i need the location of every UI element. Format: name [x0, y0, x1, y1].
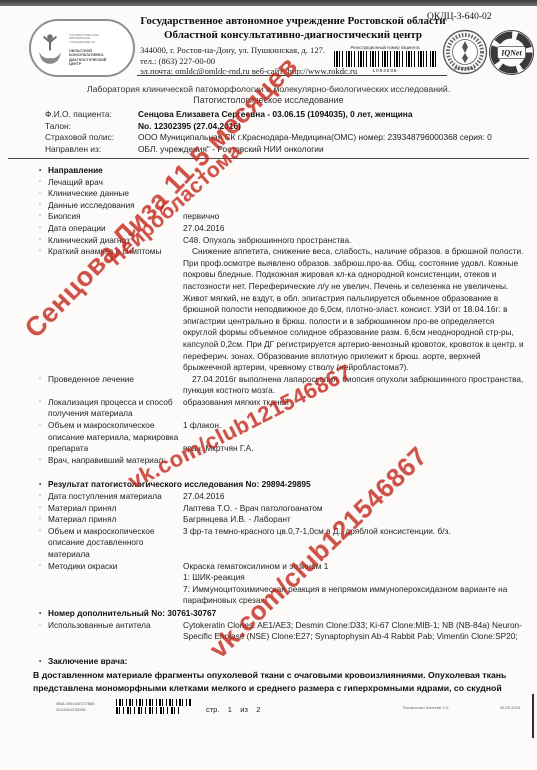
clinic-logo: ГОСУДАРСТВЕННОЕ АВТОНОМНОЕ УЧРЕЖДЕНИЕ РО… — [29, 19, 135, 77]
field-label-text: Методики окраски — [48, 561, 117, 571]
bullet-icon: ◦ — [39, 246, 41, 258]
section-heading: •Направление — [8, 165, 529, 177]
field-row: ◦Дата поступления материала27.04.2016 — [8, 491, 529, 503]
sections: •Направление◦Лечащий врач◦Клинические да… — [8, 164, 529, 694]
field-label: ◦Дата операции — [8, 223, 183, 235]
hands-holding-child-icon — [31, 28, 69, 68]
patient-row: Ф.И.О. пациента:Сенцова Елизавета Сергее… — [8, 109, 529, 121]
section-gap — [8, 643, 529, 655]
bullet-icon: • — [39, 656, 41, 668]
section-heading: •Заключение врача: — [8, 656, 529, 668]
field-label: ◦Данные исследования — [8, 200, 183, 212]
field-label-text: Дата поступления материала — [48, 491, 162, 501]
field-value: 27.04.2016г выполнена лапароскопия, биоп… — [183, 374, 529, 397]
field-label-text: Объем и макроскопическое описание матери… — [48, 420, 178, 453]
bullet-icon: • — [39, 608, 41, 620]
footer-barcode-bottom — [116, 707, 182, 714]
field-value: ООО Муниципальная СК г.Краснодара-Медици… — [138, 132, 529, 144]
field-label: ◦Биопсия — [8, 211, 183, 223]
page-number: стр. 1 из 2 — [206, 705, 260, 714]
bullet-icon: ◦ — [39, 620, 41, 632]
iqnet-stamp: IQNet — [488, 29, 535, 81]
field-label: ◦Материал принял — [8, 514, 183, 526]
logo-center-name: ОБЛАСТНОЙ КОНСУЛЬТАТИВНО- ДИАГНОСТИЧЕСКИ… — [69, 49, 106, 67]
field-row: ◦Лечащий врач — [8, 177, 529, 189]
patient-block: Ф.И.О. пациента:Сенцова Елизавета Сергее… — [8, 109, 529, 155]
field-label-text: Клинические данные — [48, 188, 129, 198]
page-footer: ЗМА.000194/727/666 202434/4726291 стр. 1… — [8, 699, 529, 721]
print-date: 06.05.2016 — [500, 705, 520, 710]
registration-number-label: Регистрационный номер пациента — [334, 45, 436, 50]
header-divider — [137, 75, 447, 76]
bullet-icon: ◦ — [39, 235, 41, 247]
registration-number: 1094035 — [334, 68, 436, 73]
field-value: 27.04.2016 — [183, 223, 529, 235]
field-label-text: Лечащий врач — [48, 177, 103, 187]
field-row: ◦Врач, направивший материал: — [8, 455, 529, 467]
iso-stamp-label: ИСО 9001 — [454, 66, 476, 71]
bullet-icon: ◦ — [39, 188, 41, 200]
section-heading-label: Заключение врача: — [48, 656, 127, 666]
field-label-text: Биопсия — [48, 211, 80, 221]
patient-row: Талон:No. 12302395 (27.04.2016) — [8, 121, 529, 133]
document-page: ГОСУДАРСТВЕННОЕ АВТОНОМНОЕ УЧРЕЖДЕНИЕ РО… — [0, 0, 537, 770]
field-row: ◦Дата операции27.04.2016 — [8, 223, 529, 235]
field-label: Ф.И.О. пациента: — [8, 109, 138, 121]
field-row: ◦Методики окраскиОкраска гематоксилином … — [8, 561, 529, 607]
footer-code-1: ЗМА.000194/727/666 — [56, 701, 94, 707]
conclusion-text: В доставленном материале фрагменты опухо… — [8, 669, 529, 694]
section-heading-label: Номер дополнительный No: 30761-30767 — [48, 608, 216, 618]
logo-small-caption: ГОСУДАРСТВЕННОЕ АВТОНОМНОЕ УЧРЕЖДЕНИЕ РО — [69, 34, 106, 45]
org-title-line2: Областной консультативно-диагностический… — [140, 29, 446, 43]
scan-top-edge — [0, 0, 537, 6]
field-row: ◦Клинические данные — [8, 188, 529, 200]
field-value: первично — [183, 211, 529, 223]
iso-9001-stamp: ИСО 9001 — [442, 27, 488, 82]
field-label-text: Дата операции — [48, 223, 106, 233]
field-row: ◦Использованные антителаCytokeratin Clon… — [8, 620, 529, 643]
iqnet-stamp-label: IQNet — [500, 49, 522, 58]
field-label: ◦Объем и макроскопическое описание доста… — [8, 526, 183, 561]
field-label-text: Клинический диагноз — [48, 235, 130, 245]
field-row: ◦Объем и макроскопическое описание доста… — [8, 526, 529, 561]
bullet-icon: ◦ — [39, 561, 41, 573]
footer-barcode-top — [116, 699, 192, 706]
field-value: 3 фр-та темно-красного цв.0,7-1,0см в Д.… — [183, 526, 529, 561]
field-label: ◦Клинический диагноз — [8, 235, 183, 247]
field-label-text: Краткий анамнез и симптомы — [48, 246, 161, 256]
field-row: ◦Проведенное лечение27.04.2016г выполнен… — [8, 374, 529, 397]
field-label: ◦Клинические данные — [8, 188, 183, 200]
registration-barcode-block: Регистрационный номер пациента 1094035 — [334, 45, 436, 73]
bullet-icon: ◦ — [39, 514, 41, 526]
patient-row: Направлен из:ОБЛ. учреждения" - Ростовск… — [8, 144, 529, 156]
field-value: образования мягких тканей — [183, 397, 529, 420]
org-title-line1: Государственное автономное учреждение Ро… — [140, 15, 446, 29]
section-heading-label: Направление — [48, 165, 103, 175]
patient-barcode — [334, 51, 436, 67]
field-label: Талон: — [8, 121, 138, 133]
field-value: 1 флакон. врач: Мкртчян Г.А. — [183, 420, 529, 455]
field-value: ОБЛ. учреждения" - Ростовский НИИ онколо… — [138, 144, 529, 156]
footer-code-2: 202434/4726291 — [56, 707, 94, 713]
bullet-icon: • — [39, 479, 41, 491]
bullet-icon: ◦ — [39, 200, 41, 212]
field-value: Окраска гематоксилином и эозином 1 1: ШИ… — [183, 561, 529, 607]
field-value: Снижение аппетита, снижение веса, слабос… — [183, 246, 529, 374]
field-value: Сенцова Елизавета Сергеевна - 03.06.15 (… — [138, 109, 529, 121]
bullet-icon: ◦ — [39, 223, 41, 235]
section-gap — [8, 466, 529, 478]
laboratory-name: Лаборатория клинической патоморфологии и… — [0, 84, 537, 94]
field-value — [183, 177, 529, 189]
printed-by: Распечатал Лаптева Т.О. — [403, 705, 449, 710]
field-label: ◦Проведенное лечение — [8, 374, 183, 397]
footer-codes: ЗМА.000194/727/666 202434/4726291 — [56, 701, 94, 712]
section-divider — [8, 158, 529, 159]
logo-text: ГОСУДАРСТВЕННОЕ АВТОНОМНОЕ УЧРЕЖДЕНИЕ РО… — [69, 29, 111, 67]
field-label: ◦Объем и макроскопическое описание матер… — [8, 420, 183, 455]
bullet-icon: ◦ — [39, 503, 41, 515]
field-value — [183, 188, 529, 200]
field-value: Cytokeratin Clones: AE1/AE3; Desmin Clon… — [183, 620, 529, 643]
field-row: ◦Биопсияпервично — [8, 211, 529, 223]
field-label-text: Использованные антитела — [48, 620, 151, 630]
field-value: No. 12302395 (27.04.2016) — [138, 121, 529, 133]
field-label: Направлен из: — [8, 144, 138, 156]
bullet-icon: ◦ — [39, 374, 41, 386]
field-row: ◦Данные исследования — [8, 200, 529, 212]
bullet-icon: ◦ — [39, 526, 41, 538]
field-label-text: Врач, направивший материал: — [48, 455, 166, 465]
field-label-text: Локализация процесса и способ получения … — [48, 397, 173, 419]
field-row: ◦Материал принялЛаптева Т.О. - Врач пато… — [8, 503, 529, 515]
field-value — [183, 200, 529, 212]
scan-right-edge — [532, 694, 534, 738]
section-heading-label: Результат патогистологического исследова… — [48, 479, 311, 489]
section-heading: •Номер дополнительный No: 30761-30767 — [8, 608, 529, 620]
field-row: ◦Объем и макроскопическое описание матер… — [8, 420, 529, 455]
section-heading: •Результат патогистологического исследов… — [8, 479, 529, 491]
field-label: ◦Врач, направивший материал: — [8, 455, 183, 467]
patient-row: Страховой полис:ООО Муниципальная СК г.К… — [8, 132, 529, 144]
field-value: Лаптева Т.О. - Врач патологоанатом — [183, 503, 529, 515]
document-code: ОКДЦ-3-640-02 — [427, 12, 492, 22]
bullet-icon: ◦ — [39, 177, 41, 189]
field-value: 27.04.2016 — [183, 491, 529, 503]
field-value: C48. Опухоль забрюшинного пространства. — [183, 235, 529, 247]
field-label: ◦Краткий анамнез и симптомы — [8, 246, 183, 374]
bullet-icon: ◦ — [39, 397, 41, 409]
bullet-icon: ◦ — [39, 420, 41, 432]
bullet-icon: ◦ — [39, 491, 41, 503]
bullet-icon: • — [39, 165, 41, 177]
bullet-icon: ◦ — [39, 455, 41, 467]
field-row: ◦Локализация процесса и способ получения… — [8, 397, 529, 420]
field-label: ◦Использованные антитела — [8, 620, 183, 643]
field-row: ◦Материал принялБагрянцева И.В. - Лабора… — [8, 514, 529, 526]
field-label: ◦Дата поступления материала — [8, 491, 183, 503]
field-label: ◦Методики окраски — [8, 561, 183, 607]
study-type-title: Патогистологическое исследование — [0, 95, 537, 105]
field-label: ◦Материал принял — [8, 503, 183, 515]
field-label-text: Проведенное лечение — [48, 374, 134, 384]
bullet-icon: ◦ — [39, 211, 41, 223]
field-label: ◦Лечащий врач — [8, 177, 183, 189]
field-row: ◦Краткий анамнез и симптомыСнижение аппе… — [8, 246, 529, 374]
field-label: ◦Локализация процесса и способ получения… — [8, 397, 183, 420]
field-label-text: Объем и макроскопическое описание достав… — [48, 526, 155, 559]
field-row: ◦Клинический диагнозC48. Опухоль забрюши… — [8, 235, 529, 247]
field-label-text: Данные исследования — [48, 200, 135, 210]
field-value: Багрянцева И.В. - Лаборант — [183, 514, 529, 526]
field-label-text: Материал принял — [48, 503, 116, 513]
field-value — [183, 455, 529, 467]
field-label-text: Материал принял — [48, 514, 116, 524]
field-label: Страховой полис: — [8, 132, 138, 144]
